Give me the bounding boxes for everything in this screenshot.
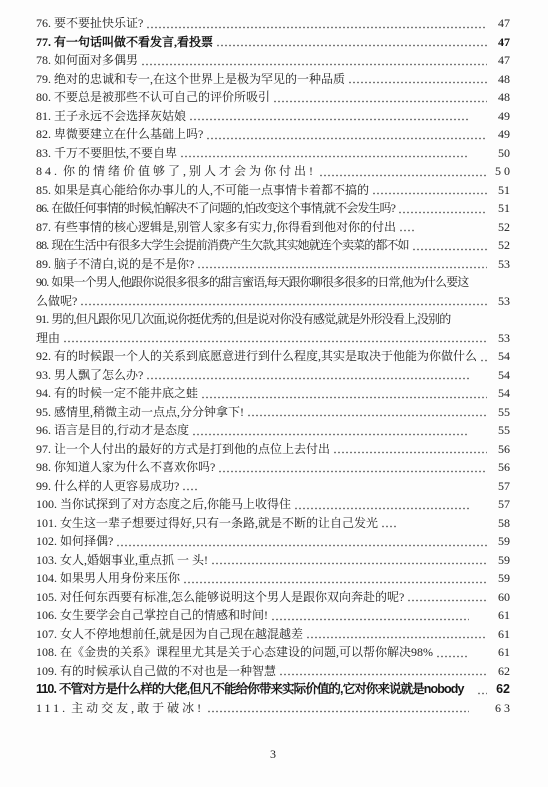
dot-leader	[480, 357, 487, 362]
toc-entry-text: 78.如何面对多偶男	[36, 51, 138, 70]
dot-leader	[398, 209, 487, 214]
toc-entry-text: 么做呢?	[36, 292, 77, 311]
toc-entry-text: 91.男的,但凡跟你见几次面,说你挺优秀的,但是说对你没有感觉,就是外形没看上,…	[36, 310, 490, 329]
toc-entry: 87.有些事情的核心逻辑是,别管人家多有实力,你得看到他对你的付出52	[36, 218, 510, 237]
toc-entry-text: 95.感情里,稍微主动一点点,分分钟拿下!	[36, 403, 244, 422]
dot-leader	[216, 42, 487, 47]
toc-entry-page: 59	[490, 532, 510, 551]
toc-entry-text: 76.要不要扯快乐证?	[36, 14, 143, 33]
toc-entry: 78.如何面对多偶男47	[36, 51, 510, 70]
toc-entry-title: 卑微要建立在什么基础上吗?	[54, 127, 203, 141]
toc-entry-text: 92.有的时候跟一个人的关系到底愿意进行到什么程度,其实是取决于他能为你做什么	[36, 347, 477, 366]
toc-entry: 81.王子永远不会选择灰姑娘49	[36, 107, 510, 126]
dot-leader	[80, 301, 487, 306]
toc-entry: 95.感情里,稍微主动一点点,分分钟拿下!55	[36, 403, 510, 422]
toc-entry-page: 51	[490, 181, 510, 200]
toc-entry-title: 当你试探到了对方态度之后,你能马上收得住	[60, 497, 291, 511]
toc-entry-number: 78.	[36, 53, 51, 67]
toc-entry-title: 女人,婚姻事业,重点抓 一 头!	[60, 553, 208, 567]
toc-entry-page: 57	[490, 495, 510, 514]
toc-entry-title: 有的时候一定不能井底之蛙	[54, 386, 198, 400]
toc-entry-text: 85.如果是真心能给你办事儿的人,不可能一点事情卡着都不搞的	[36, 181, 369, 200]
toc-entry-title: 王子永远不会选择灰姑娘	[54, 109, 186, 123]
toc-entry-title: 对任何东西要有标准,怎么能够说明这个男人是跟你双向奔赴的呢?	[60, 590, 404, 604]
toc-entry-page: 55	[490, 421, 510, 440]
dot-leader	[477, 690, 487, 695]
toc-entry-title: 你知道人家为什么不喜欢你吗?	[54, 460, 215, 474]
toc-entry-number: 93.	[36, 368, 51, 382]
toc-entry-text: 理由	[36, 329, 60, 348]
toc-entry-text: 81.王子永远不会选择灰姑娘	[36, 107, 186, 126]
dot-leader	[372, 190, 487, 195]
dot-leader	[319, 172, 487, 177]
toc-entry-title: 不要总是被那些不认可自己的评价所吸引	[54, 90, 270, 104]
toc-entry-number: 109.	[36, 664, 57, 678]
toc-entry-text: 79.绝对的忠诚和专一,在这个世界上是极为罕见的一种品质	[36, 70, 345, 89]
toc-entry-title: 如果一个男人,他跟你说很多很多的甜言蜜语,每天跟你聊很多很多的日常,他为什么要这	[51, 275, 468, 289]
toc-entry-text: 94.有的时候一定不能井底之蛙	[36, 384, 198, 403]
toc-entry-text: 90.如果一个男人,他跟你说很多很多的甜言蜜语,每天跟你聊很多很多的日常,他为什…	[36, 273, 490, 292]
toc-entry-text: 101.女生这一辈子想要过得好,只有一条路,就是不断的让自己发光	[36, 514, 378, 533]
toc-entry-text: 102.如何择偶?	[36, 532, 113, 551]
dot-leader	[211, 560, 487, 565]
toc-entry-number: 83.	[36, 146, 51, 160]
dot-leader	[407, 597, 487, 602]
toc-entry: 99.什么样的人更容易成功?57	[36, 477, 510, 496]
toc-entry-text: 84.你的情绪价值够了,别人才会为你付出!	[36, 162, 316, 181]
toc-entry: 98.你知道人家为什么不喜欢你吗?56	[36, 458, 510, 477]
dot-leader	[141, 61, 487, 66]
dot-leader	[247, 412, 487, 417]
toc-entry: 93.男人飘了怎么办?54	[36, 366, 510, 385]
toc-entry-page: 5 0	[490, 162, 510, 181]
toc-entry-title: 如何择偶?	[60, 534, 113, 548]
dot-leader	[180, 153, 469, 158]
toc-entry-number: 89.	[36, 257, 51, 271]
toc-entry-text: 89.脑子不清白,说的是不是你?	[36, 255, 194, 274]
toc-entry-title: 要不要扯快乐证?	[54, 16, 143, 30]
toc-entry-page: 52	[490, 218, 510, 237]
toc-entry-number: 108.	[36, 645, 57, 659]
toc-entry: 111.主动交友,敢于破冰!6 3	[36, 699, 510, 718]
toc-entry-number: 85.	[36, 183, 51, 197]
dot-leader	[182, 486, 198, 491]
dot-leader	[436, 653, 469, 658]
page-number: 3	[270, 747, 276, 761]
dot-leader	[206, 135, 487, 140]
toc-entry-number: 77.	[36, 35, 51, 49]
toc-entry-title: 在《金贵的关系》课程里尤其是关于心态建设的问题,可以帮你解决98%	[60, 645, 433, 659]
toc-entry-page: 57	[490, 477, 510, 496]
dot-leader	[412, 246, 487, 251]
toc-entry-text: 86.在做任何事情的时候,怕解决不了问题的,怕改变这个事情,就不会发生吗?	[36, 199, 395, 218]
toc-entry-text: 80.不要总是被那些不认可自己的评价所吸引	[36, 88, 270, 107]
toc-entry-page: 49	[490, 107, 510, 126]
toc-entry-number: 79.	[36, 72, 51, 86]
document-page: 76.要不要扯快乐证?47 77.有一句话叫做不看发言,看投票47 78.如何面…	[0, 0, 548, 787]
toc-entry: 77.有一句话叫做不看发言,看投票47	[36, 33, 510, 52]
dot-leader	[192, 431, 469, 436]
toc-entry-title: 男人飘了怎么办?	[54, 368, 143, 382]
toc-entry: 104.如果男人用身份来压你59	[36, 569, 510, 588]
toc-entry-page: 51	[490, 199, 510, 218]
toc-entry: 106.女生要学会自己掌控自己的情感和时间!61	[36, 606, 510, 625]
toc-entry: 96.语言是目的,行动才是态度55	[36, 421, 510, 440]
dot-leader	[333, 449, 487, 454]
toc-entry-page: 50	[490, 144, 510, 163]
toc-entry-page: 59	[490, 551, 510, 570]
toc-entry: 92.有的时候跟一个人的关系到底愿意进行到什么程度,其实是取决于他能为你做什么5…	[36, 347, 510, 366]
toc-entry-title: 如果男人用身份来压你	[60, 571, 180, 585]
toc-entry-page: 53	[490, 329, 510, 348]
toc-entry-text: 100.当你试探到了对方态度之后,你能马上收得住	[36, 495, 291, 514]
toc-entry: 108.在《金贵的关系》课程里尤其是关于心态建设的问题,可以帮你解决98%61	[36, 643, 510, 662]
toc-entry-title: 脑子不清白,说的是不是你?	[54, 257, 194, 271]
dot-leader	[381, 523, 397, 528]
toc-entry-number: 102.	[36, 534, 57, 548]
toc-entry-page: 53	[490, 292, 510, 311]
toc-entry-title: 女生要学会自己掌控自己的情感和时间!	[60, 608, 268, 622]
toc-entry: 85.如果是真心能给你办事儿的人,不可能一点事情卡着都不搞的51	[36, 181, 510, 200]
toc-entry-title: 有的时候承认自己做的不对也是一种智慧	[60, 664, 276, 678]
toc-entry: 110.不管对方是什么样的大佬,但凡不能给你带来实际价值的,它对你来说就是nob…	[36, 680, 510, 699]
toc-entry-number: 80.	[36, 90, 51, 104]
toc-entry-title: 有一句话叫做不看发言,看投票	[54, 35, 213, 49]
dot-leader	[116, 542, 487, 547]
toc-entry-number: 111.	[36, 701, 68, 715]
toc-entry-number: 82.	[36, 127, 51, 141]
toc-entry-page: 61	[490, 643, 510, 662]
dot-leader	[218, 468, 487, 473]
toc-entry-text: 103.女人,婚姻事业,重点抓 一 头!	[36, 551, 208, 570]
dot-leader	[146, 24, 487, 29]
toc-entry-title: 千万不要胆怯,不要自卑	[54, 146, 177, 160]
toc-entry: 90.如果一个男人,他跟你说很多很多的甜言蜜语,每天跟你聊很多很多的日常,他为什…	[36, 273, 510, 292]
toc-entry-page: 49	[490, 125, 510, 144]
toc-entry-number: 101.	[36, 516, 57, 530]
toc-entry-text: 87.有些事情的核心逻辑是,别管人家多有实力,你得看到他对你的付出	[36, 218, 396, 237]
toc-entry-text: 93.男人飘了怎么办?	[36, 366, 143, 385]
toc-entry-title: 女生这一辈子想要过得好,只有一条路,就是不断的让自己发光	[60, 516, 378, 530]
toc-entry-number: 91.	[36, 312, 48, 326]
toc-entry-title: 在做任何事情的时候,怕解决不了问题的,怕改变这个事情,就不会发生吗?	[51, 201, 395, 215]
toc-entry-number: 81.	[36, 109, 51, 123]
toc-entry-number: 84.	[36, 164, 60, 178]
toc-entry-number: 76.	[36, 16, 51, 30]
toc-entry-number: 87.	[36, 220, 51, 234]
toc-entry-number: 100.	[36, 497, 57, 511]
toc-entry-page: 56	[490, 458, 510, 477]
toc-entry-page: 48	[490, 88, 510, 107]
toc-entry-number: 104.	[36, 571, 57, 585]
toc-entry-page: 59	[490, 569, 510, 588]
toc-entry-title: 你的情绪价值够了,别人才会为你付出!	[63, 164, 316, 178]
dot-leader	[201, 394, 487, 399]
toc-entry-text: 88.现在生活中有很多大学生会提前消费产生欠款,其实她就连个卖菜的都不如	[36, 236, 409, 255]
toc-entry: 101.女生这一辈子想要过得好,只有一条路,就是不断的让自己发光58	[36, 514, 510, 533]
toc-entry-number: 88.	[36, 238, 48, 252]
toc-entry-page: 55	[490, 403, 510, 422]
toc-entry: 107.女人不停地想前任,就是因为自己现在越混越差61	[36, 625, 510, 644]
toc-entry-number: 105.	[36, 590, 57, 604]
toc-entry-title: 理由	[36, 331, 60, 345]
toc-entry: 89.脑子不清白,说的是不是你?53	[36, 255, 510, 274]
toc-entry-page: 58	[490, 514, 510, 533]
toc-entry: 84.你的情绪价值够了,别人才会为你付出!5 0	[36, 162, 510, 181]
toc-entry-number: 86.	[36, 201, 48, 215]
dot-leader	[306, 634, 487, 639]
toc-entry-title: 如何面对多偶男	[54, 53, 138, 67]
toc-entry-text: 98.你知道人家为什么不喜欢你吗?	[36, 458, 215, 477]
dot-leader	[294, 505, 469, 510]
toc-entry-page: 62	[490, 662, 510, 681]
toc-entry-text: 77.有一句话叫做不看发言,看投票	[36, 33, 213, 52]
dot-leader	[63, 338, 487, 343]
toc-entry: 91.男的,但凡跟你见几次面,说你挺优秀的,但是说对你没有感觉,就是外形没看上,…	[36, 310, 510, 329]
toc-entry-text: 110.不管对方是什么样的大佬,但凡不能给你带来实际价值的,它对你来说就是nob…	[36, 680, 464, 699]
toc-entry-title: 么做呢?	[36, 294, 77, 308]
toc-entry-number: 95.	[36, 405, 51, 419]
dot-leader	[197, 264, 487, 269]
dot-leader	[279, 671, 487, 676]
dot-leader	[207, 708, 469, 713]
toc-entry-title: 男的,但凡跟你见几次面,说你挺优秀的,但是说对你没有感觉,就是外形没看上,没别的	[51, 312, 450, 326]
toc-entry-page: 62	[490, 680, 510, 699]
toc-entry-text: 106.女生要学会自己掌控自己的情感和时间!	[36, 606, 268, 625]
toc-entry-title: 有些事情的核心逻辑是,别管人家多有实力,你得看到他对你的付出	[54, 220, 396, 234]
toc-entry-title: 现在生活中有很多大学生会提前消费产生欠款,其实她就连个卖菜的都不如	[51, 238, 408, 252]
toc-entry-number: 110.	[36, 682, 56, 696]
toc-entry-title: 绝对的忠诚和专一,在这个世界上是极为罕见的一种品质	[54, 72, 345, 86]
toc-entry-text: 83.千万不要胆怯,不要自卑	[36, 144, 177, 163]
toc-entry-page: 47	[490, 51, 510, 70]
dot-leader	[146, 375, 469, 380]
toc-entry-number: 92.	[36, 349, 51, 363]
toc-entry-text: 99.什么样的人更容易成功?	[36, 477, 179, 496]
toc-entry-title: 如果是真心能给你办事儿的人,不可能一点事情卡着都不搞的	[54, 183, 369, 197]
toc-entry-page: 60	[490, 588, 510, 607]
toc-entry-page: 6 3	[490, 699, 510, 718]
toc-entry: 76.要不要扯快乐证?47	[36, 14, 510, 33]
toc-entry: 103.女人,婚姻事业,重点抓 一 头!59	[36, 551, 510, 570]
toc-entry-title: 主动交友,敢于破冰!	[71, 701, 204, 715]
toc-entry: 102.如何择偶?59	[36, 532, 510, 551]
toc-entry-number: 99.	[36, 479, 51, 493]
toc-entry-page: 54	[490, 384, 510, 403]
toc-entry-number: 94.	[36, 386, 51, 400]
toc-entry-number: 97.	[36, 442, 51, 456]
toc-entry-page: 48	[490, 70, 510, 89]
toc-entry-page: 54	[490, 347, 510, 366]
dot-leader	[183, 579, 487, 584]
toc-entry-page: 56	[490, 440, 510, 459]
toc-entry-page: 61	[490, 606, 510, 625]
toc-entry-text: 97.让一个人付出的最好的方式是打到他的点位上去付出	[36, 440, 330, 459]
dot-leader	[348, 79, 487, 84]
toc-entry-page: 47	[490, 33, 510, 52]
toc-entry-number: 96.	[36, 423, 51, 437]
toc-entry: 83.千万不要胆怯,不要自卑50	[36, 144, 510, 163]
toc-entry-text: 107.女人不停地想前任,就是因为自己现在越混越差	[36, 625, 303, 644]
toc-entry-page: 52	[490, 236, 510, 255]
dot-leader	[189, 116, 469, 121]
toc-entry-text: 104.如果男人用身份来压你	[36, 569, 180, 588]
toc-entry-number: 103.	[36, 553, 57, 567]
toc-entry-text: 96.语言是目的,行动才是态度	[36, 421, 189, 440]
page-footer: 3	[36, 747, 510, 762]
toc-entry: 82.卑微要建立在什么基础上吗?49	[36, 125, 510, 144]
toc-entry: 105.对任何东西要有标准,怎么能够说明这个男人是跟你双向奔赴的呢?60	[36, 588, 510, 607]
toc-entry-text: 111.主动交友,敢于破冰!	[36, 699, 204, 718]
toc-entry-page: 54	[490, 366, 510, 385]
toc-entry: 86.在做任何事情的时候,怕解决不了问题的,怕改变这个事情,就不会发生吗?51	[36, 199, 510, 218]
toc-entry-text: 108.在《金贵的关系》课程里尤其是关于心态建设的问题,可以帮你解决98%	[36, 643, 433, 662]
toc-entry-title: 感情里,稍微主动一点点,分分钟拿下!	[54, 405, 244, 419]
toc-entry-continuation: 么做呢?53	[36, 292, 510, 311]
toc-entry-title: 让一个人付出的最好的方式是打到他的点位上去付出	[54, 442, 330, 456]
toc-entry: 94.有的时候一定不能井底之蛙54	[36, 384, 510, 403]
toc-entry: 88.现在生活中有很多大学生会提前消费产生欠款,其实她就连个卖菜的都不如52	[36, 236, 510, 255]
toc-entry: 79.绝对的忠诚和专一,在这个世界上是极为罕见的一种品质48	[36, 70, 510, 89]
toc-entry-text: 109.有的时候承认自己做的不对也是一种智慧	[36, 662, 276, 681]
toc-entry-title: 什么样的人更容易成功?	[54, 479, 179, 493]
toc-entry: 100.当你试探到了对方态度之后,你能马上收得住57	[36, 495, 510, 514]
dot-leader	[273, 98, 487, 103]
toc-entry: 97.让一个人付出的最好的方式是打到他的点位上去付出56	[36, 440, 510, 459]
toc-entry-title: 有的时候跟一个人的关系到底愿意进行到什么程度,其实是取决于他能为你做什么	[54, 349, 477, 363]
toc-entry-title: 女人不停地想前任,就是因为自己现在越混越差	[60, 627, 303, 641]
toc-entry-title: 不管对方是什么样的大佬,但凡不能给你带来实际价值的,它对你来说就是nobody	[59, 682, 463, 696]
toc-entry-number: 106.	[36, 608, 57, 622]
toc-entry-page: 53	[490, 255, 510, 274]
toc-entry-continuation: 理由53	[36, 329, 510, 348]
toc-entry-text: 82.卑微要建立在什么基础上吗?	[36, 125, 203, 144]
toc-entry-page: 61	[490, 625, 510, 644]
toc-entry-title: 语言是目的,行动才是态度	[54, 423, 189, 437]
toc-entry-number: 98.	[36, 460, 51, 474]
toc-entry-page: 47	[490, 14, 510, 33]
dot-leader	[399, 227, 415, 232]
toc-entry: 109.有的时候承认自己做的不对也是一种智慧62	[36, 662, 510, 681]
toc-entry-text: 105.对任何东西要有标准,怎么能够说明这个男人是跟你双向奔赴的呢?	[36, 588, 404, 607]
toc-entry-number: 90.	[36, 275, 48, 289]
toc-entry: 80.不要总是被那些不认可自己的评价所吸引48	[36, 88, 510, 107]
toc-entry-number: 107.	[36, 627, 57, 641]
dot-leader	[271, 616, 469, 621]
